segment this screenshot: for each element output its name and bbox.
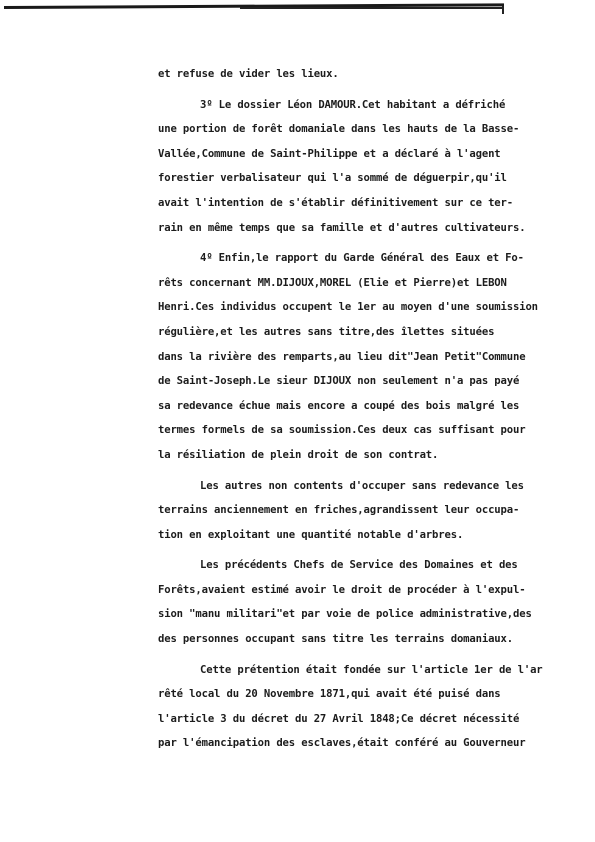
text-line: et refuse de vider les lieux. [158,62,588,87]
text-line: Forêts,avaient estimé avoir le droit de … [158,578,588,603]
text-line: rain en même temps que sa famille et d'a… [158,216,588,241]
text-line: Cette prétention était fondée sur l'arti… [158,658,588,683]
text-line: la résiliation de plein droit de son con… [158,443,588,468]
text-line: Henri.Ces individus occupent le 1er au m… [158,295,588,320]
text-line: Les précédents Chefs de Service des Doma… [158,553,588,578]
text-line: rêté local du 20 Novembre 1871,qui avait… [158,682,588,707]
text-line: par l'émancipation des esclaves,était co… [158,731,588,756]
typewritten-page: et refuse de vider les lieux.3º Le dossi… [158,62,588,756]
text-line: 3º Le dossier Léon DAMOUR.Cet habitant a… [158,93,588,118]
text-line: régulière,et les autres sans titre,des î… [158,320,588,345]
text-line: terrains anciennement en friches,agrandi… [158,498,588,523]
text-line: termes formels de sa soumission.Ces deux… [158,418,588,443]
text-line: une portion de forêt domaniale dans les … [158,117,588,142]
text-line: de Saint-Joseph.Le sieur DIJOUX non seul… [158,369,588,394]
text-line: dans la rivière des remparts,au lieu dit… [158,345,588,370]
text-line: rêts concernant MM.DIJOUX,MOREL (Elie et… [158,271,588,296]
text-line: des personnes occupant sans titre les te… [158,627,588,652]
text-line: 4º Enfin,le rapport du Garde Général des… [158,246,588,271]
text-line: Vallée,Commune de Saint-Philippe et a dé… [158,142,588,167]
text-line: Les autres non contents d'occuper sans r… [158,474,588,499]
text-line: tion en exploitant une quantité notable … [158,523,588,548]
text-line: l'article 3 du décret du 27 Avril 1848;C… [158,707,588,732]
text-line: avait l'intention de s'établir définitiv… [158,191,588,216]
text-line: forestier verbalisateur qui l'a sommé de… [158,166,588,191]
scan-edge-corner [502,6,504,14]
scan-edge-top-2 [240,7,504,9]
text-line: sa redevance échue mais encore a coupé d… [158,394,588,419]
text-line: sion "manu militari"et par voie de polic… [158,602,588,627]
